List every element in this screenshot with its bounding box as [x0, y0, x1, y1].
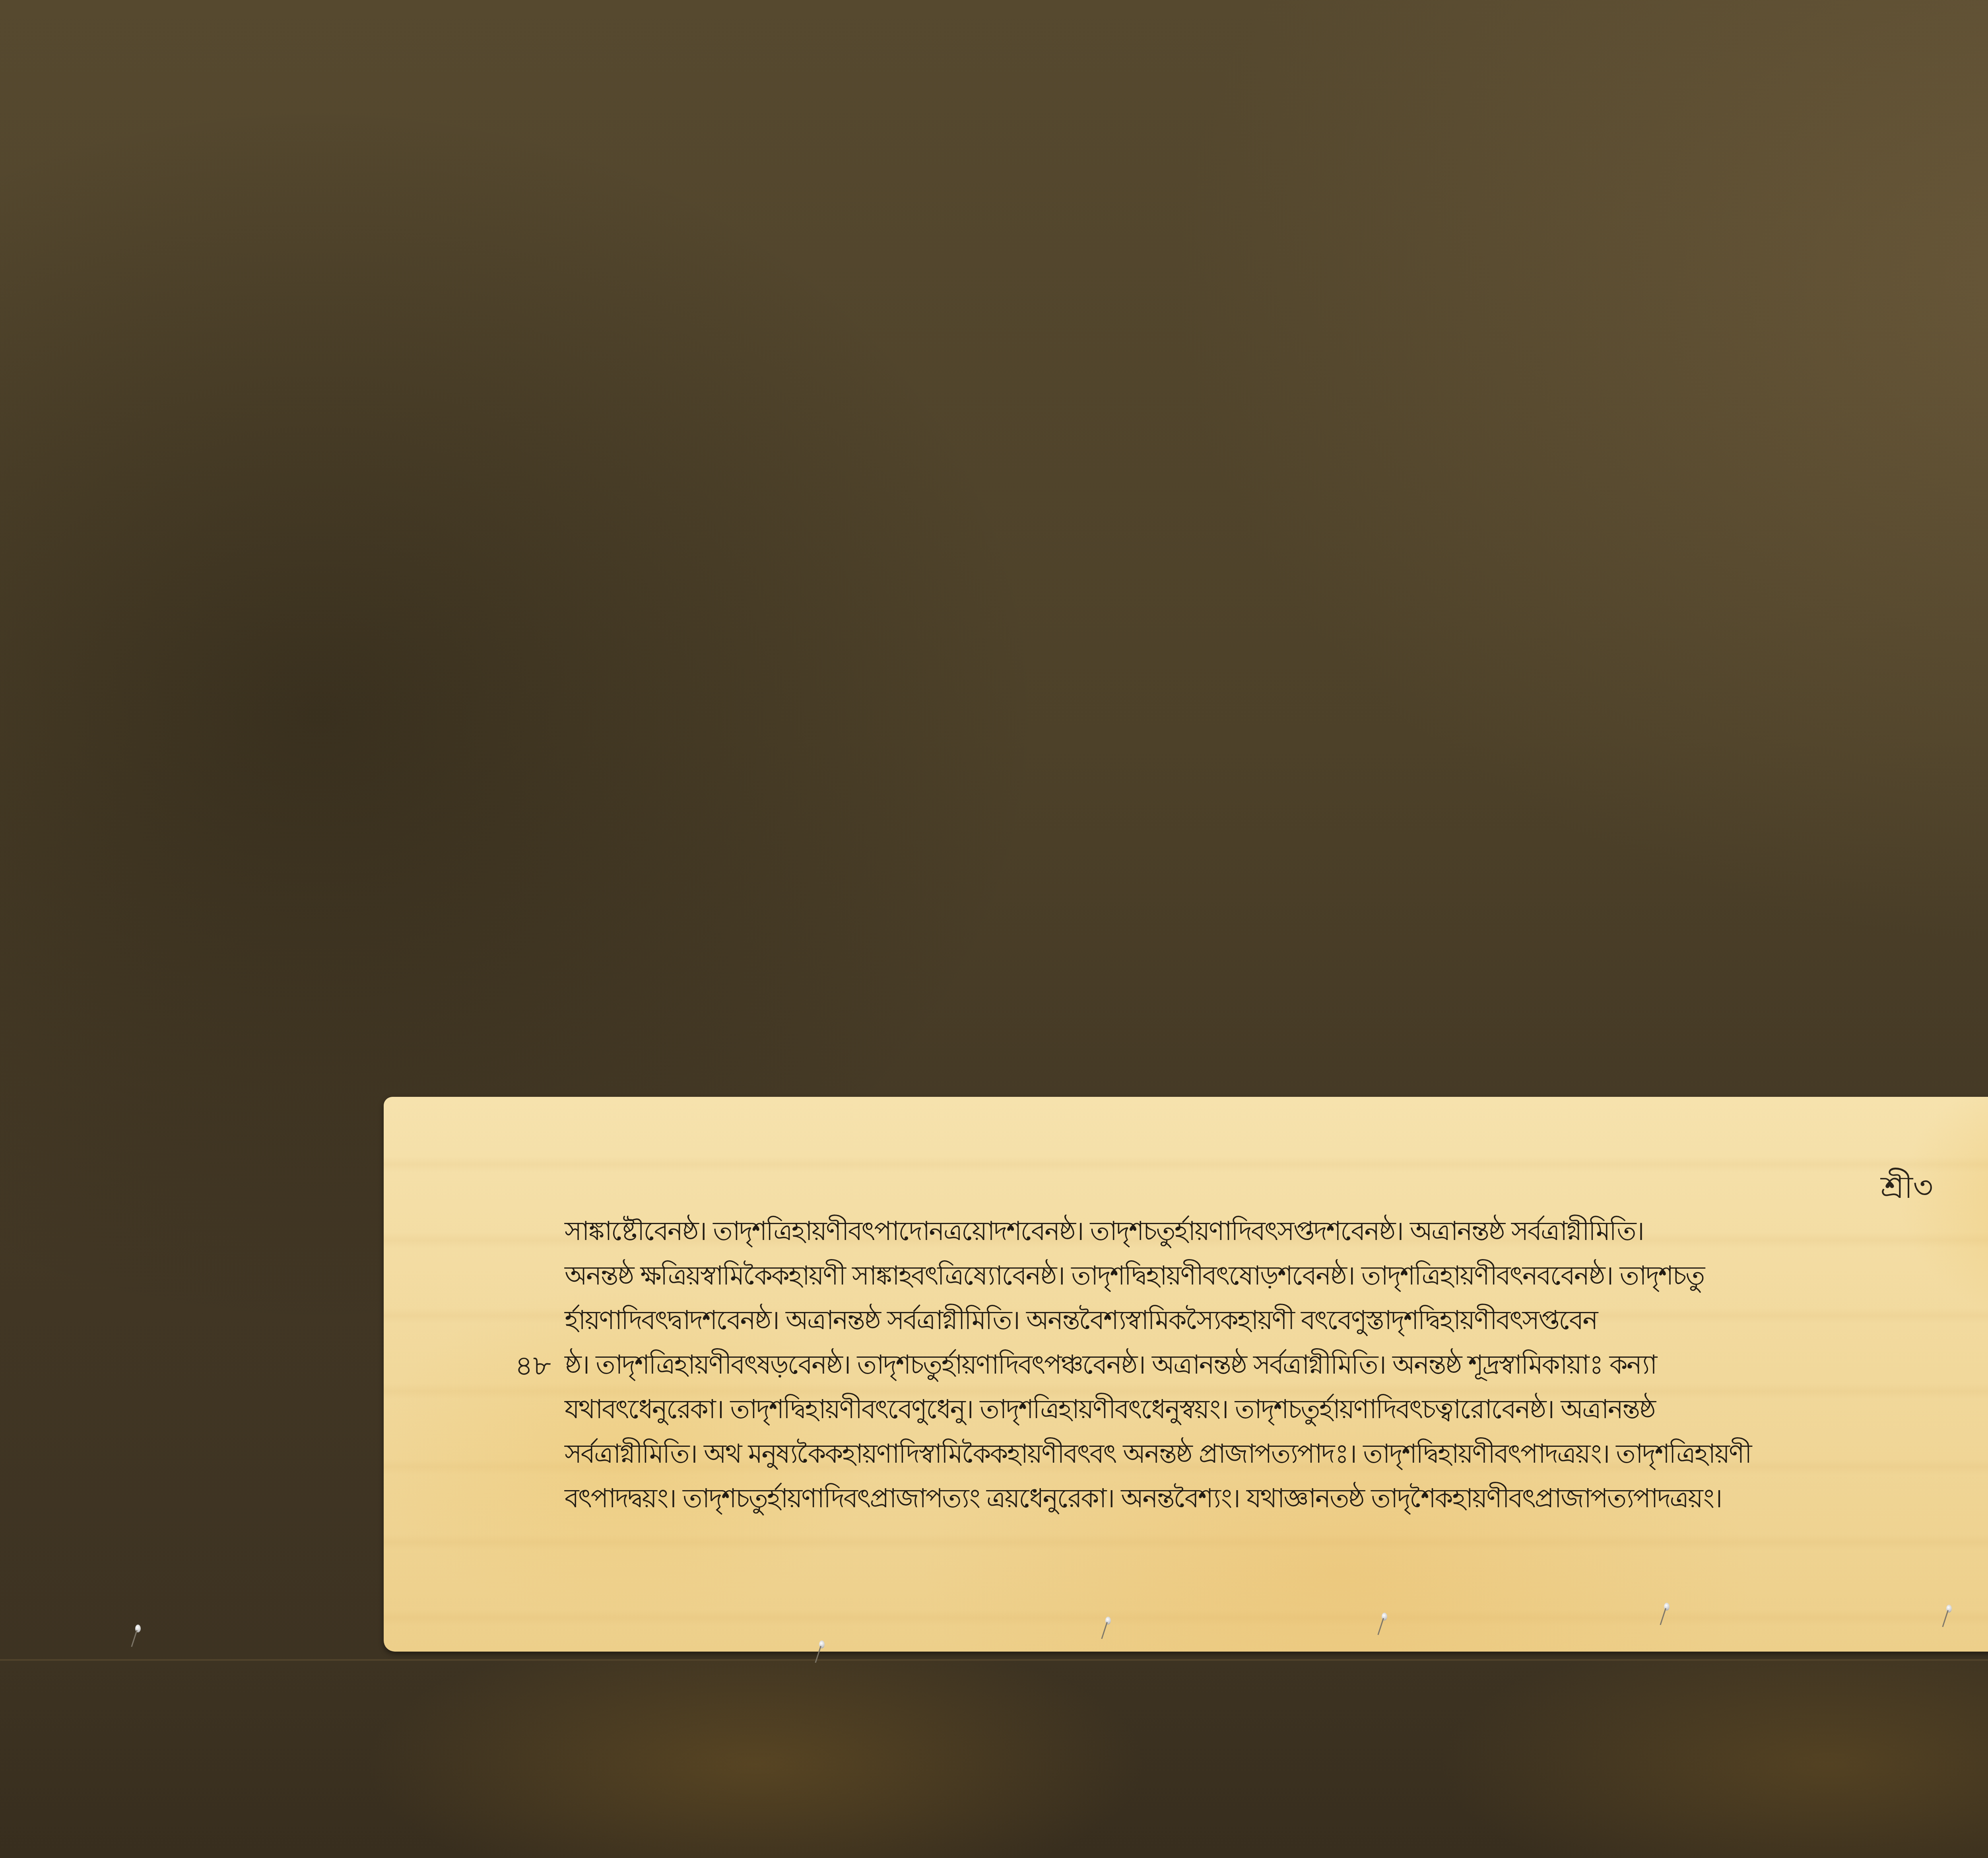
manuscript-line-6: সর্বত্রাগ্নীমিতি। অথ মনুষ্যকৈকহায়ণাদিস্…: [565, 1432, 1988, 1476]
mounting-pin-icon: [1105, 1617, 1111, 1640]
manuscript-line-3: র্হায়ণাদিবৎদ্বাদশবেনষ্ঠ। অত্রানন্তষ্ঠ স…: [565, 1298, 1988, 1343]
manuscript-line-4: ষ্ঠ। তাদৃশত্রিহায়ণীবৎষড়বেনষ্ঠ। তাদৃশচত…: [565, 1343, 1988, 1387]
mounting-pin-icon: [1382, 1613, 1387, 1636]
board-seam-line: [0, 1659, 1988, 1661]
manuscript-line-2: অনন্তষ্ঠ ক্ষত্রিয়স্বামিকৈকহায়ণী সাঙ্কা…: [565, 1254, 1988, 1298]
mounting-pin-icon: [1664, 1603, 1670, 1627]
manuscript-line-7: বৎপাদদ্বয়ং। তাদৃশচতুর্হায়ণাদিবৎপ্রাজাপ…: [565, 1476, 1988, 1521]
manuscript-line-5: যথাবৎধেনুরেকা। তাদৃশদ্বিহায়ণীবৎবেণুধেনু…: [565, 1387, 1988, 1432]
left-margin-folio-number: ৪৮: [515, 1344, 551, 1391]
manuscript-text-block: সাঙ্কাষ্টৌবেনষ্ঠ। তাদৃশত্রিহায়ণীবৎপাদোন…: [565, 1209, 1988, 1521]
display-board-lower-panel: [0, 1660, 1988, 1858]
mounting-pin-icon: [819, 1640, 825, 1664]
folio-mark: শ্রী৩: [1881, 1163, 1933, 1215]
mounting-pin-icon: [135, 1625, 141, 1648]
manuscript-line-1: সাঙ্কাষ্টৌবেনষ্ঠ। তাদৃশত্রিহায়ণীবৎপাদোন…: [565, 1209, 1988, 1254]
mounting-pin-icon: [1946, 1605, 1952, 1629]
